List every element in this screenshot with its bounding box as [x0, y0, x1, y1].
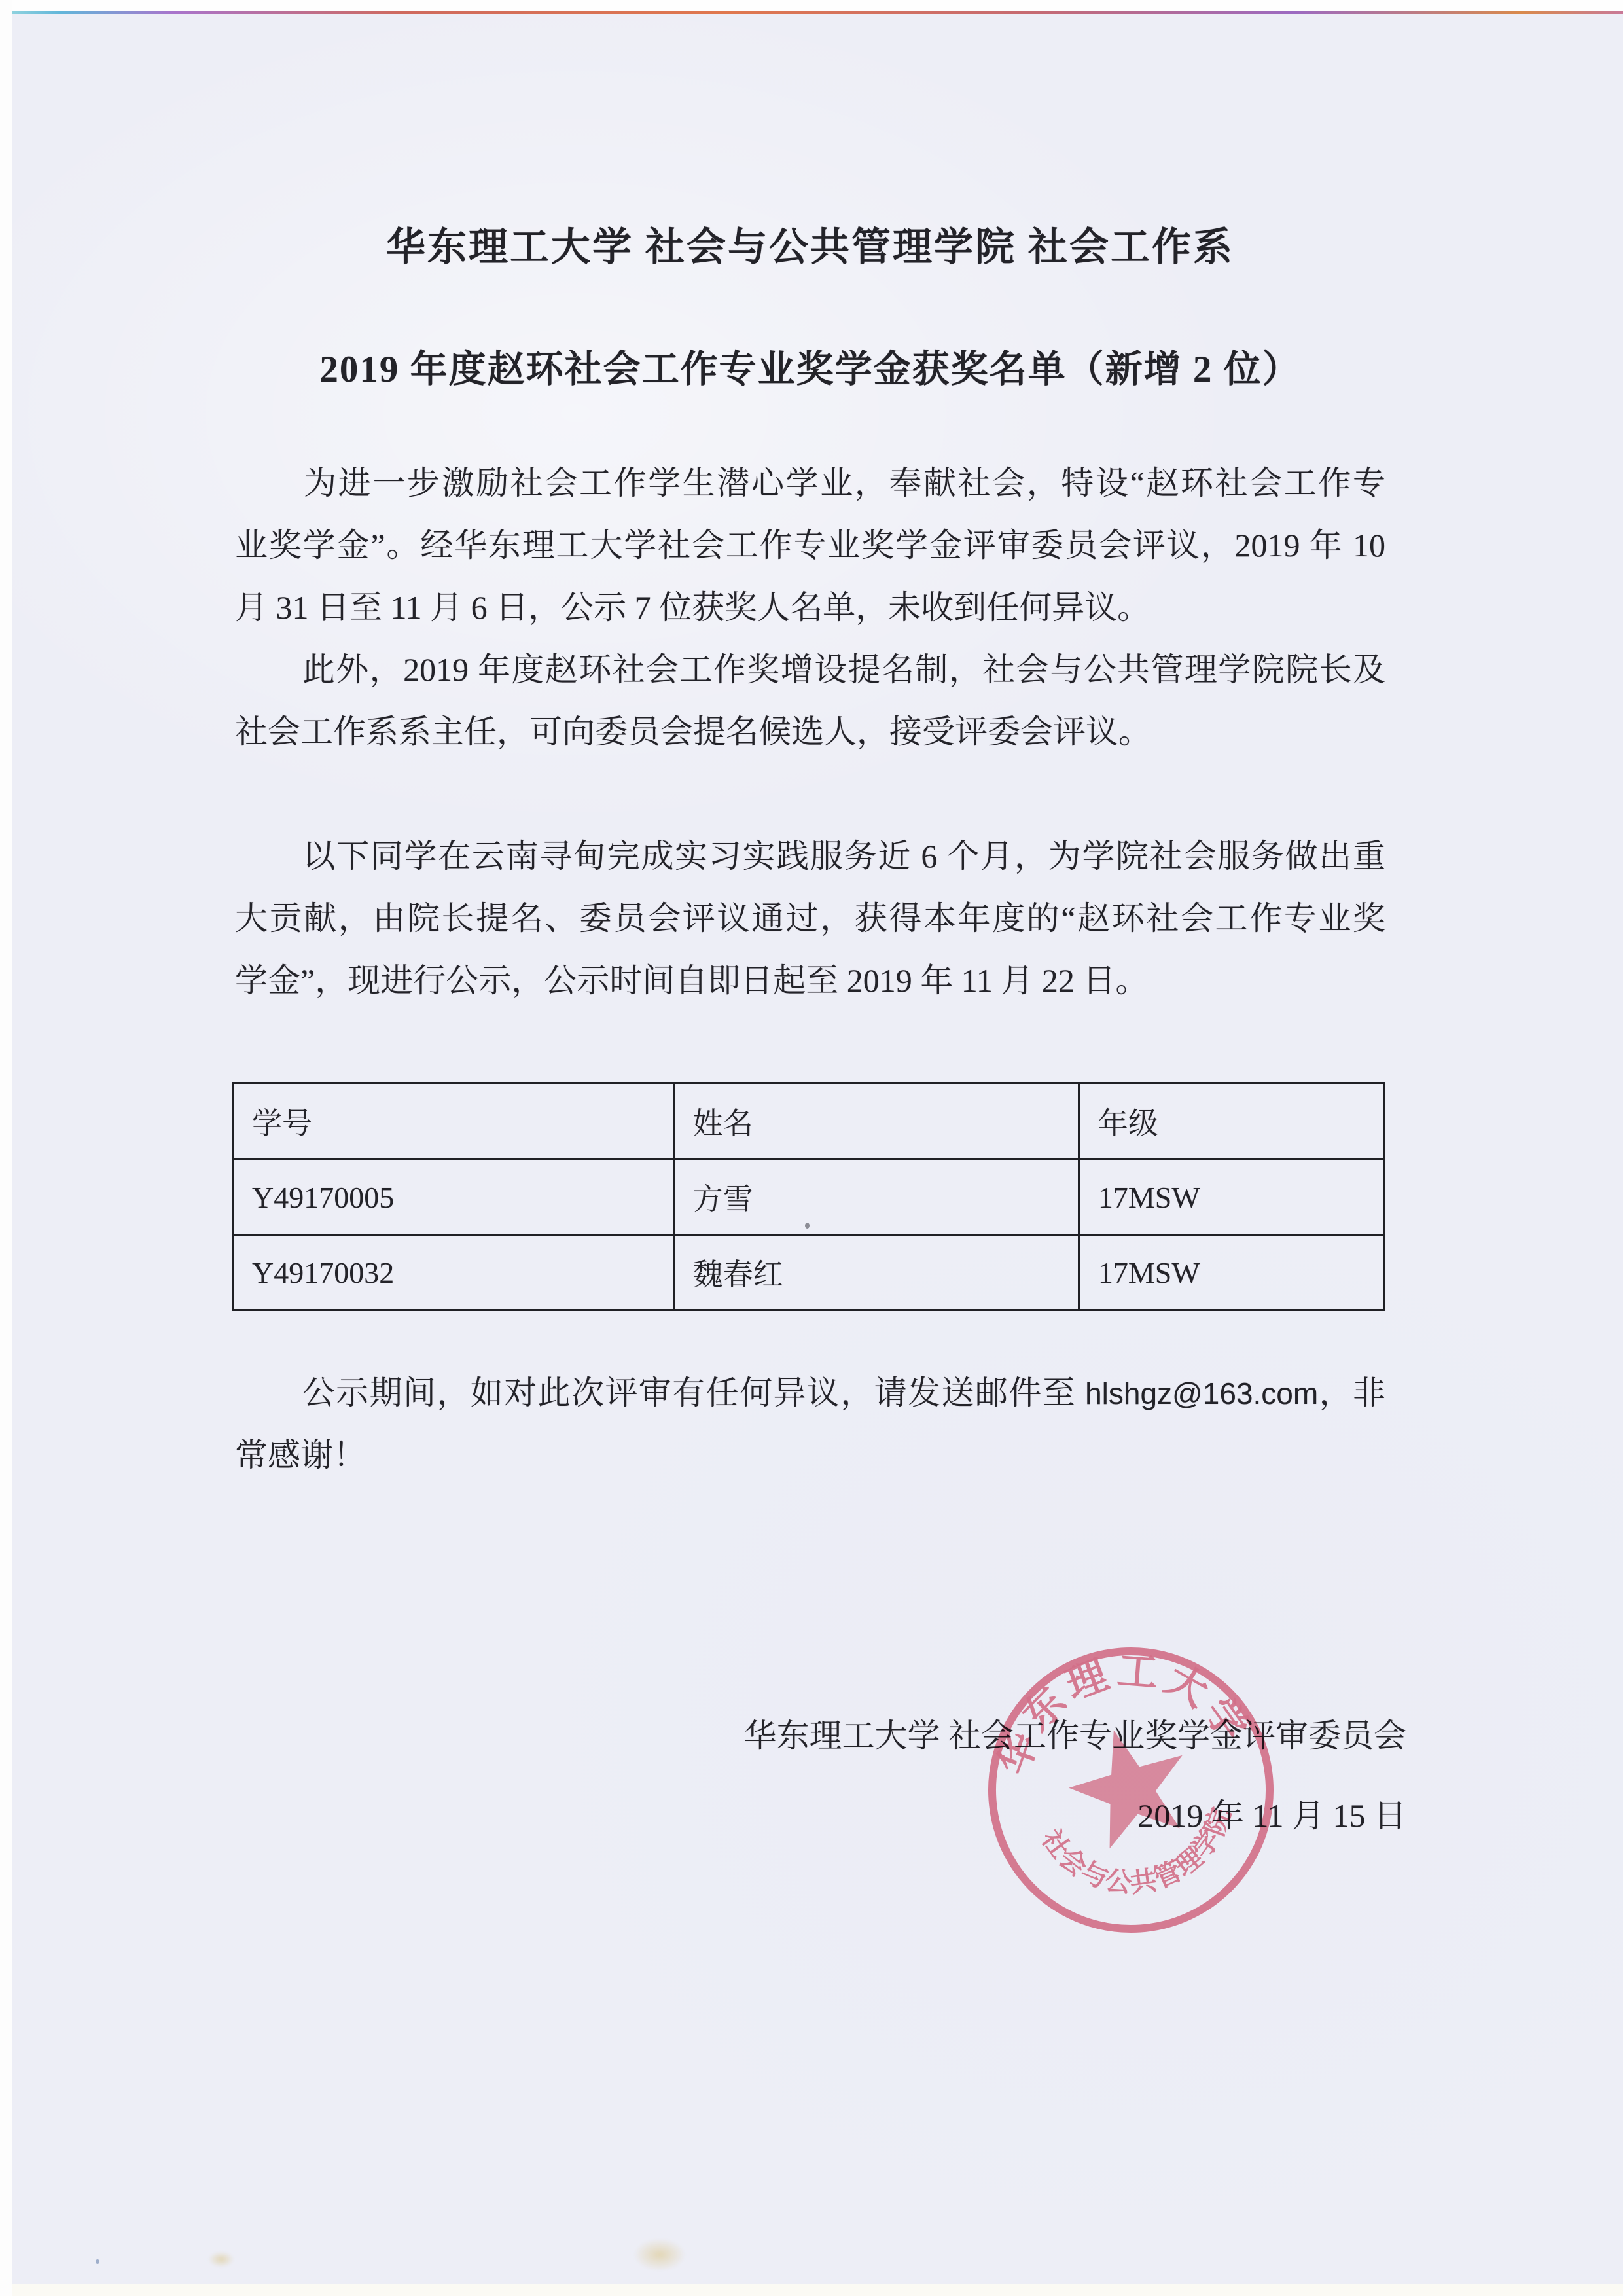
paragraph2-line1: 此外，2019 年度赵环社会工作奖增设提名制，社会与公共管理学院院长及 — [235, 653, 1385, 686]
paragraph2-line2: 社会工作系系主任，可向委员会提名候选人，接受评委会评议。 — [235, 715, 1385, 748]
paragraph4-text-before-email: 公示期间，如对此次评审有任何异议，请发送邮件至 — [235, 1374, 1085, 1411]
scan-speck — [96, 2259, 99, 2264]
awardees-table: 学号 姓名 年级 Y49170005 方雪 17MSW Y49170032 魏春… — [232, 1082, 1385, 1311]
red-seal: 华东理工大学 社会与公共管理学院 — [959, 1619, 1302, 1962]
document-subtitle: 2019 年度赵环社会工作专业奖学金获奖名单（新增 2 位） — [235, 351, 1385, 388]
paragraph3-line1: 以下同学在云南寻甸完成实习实践服务近 6 个月，为学院社会服务做出重 — [235, 840, 1385, 872]
table-header-row: 学号 姓名 年级 — [233, 1083, 1384, 1160]
seal-star-icon — [1057, 1714, 1202, 1855]
scan-speck — [805, 1223, 810, 1229]
paragraph4-text-after-email: ，非 — [1318, 1374, 1385, 1411]
paragraph1-line3: 月 31 日至 11 月 6 日，公示 7 位获奖人名单，未收到任何异议。 — [235, 591, 1385, 624]
table-row: Y49170032 魏春红 17MSW — [233, 1235, 1384, 1310]
paragraph3-line2: 大贡献，由院长提名、委员会评议通过，获得本年度的“赵环社会工作专业奖 — [235, 902, 1385, 935]
cell-grade: 17MSW — [1079, 1235, 1383, 1310]
cell-grade: 17MSW — [1079, 1160, 1383, 1235]
header-grade: 年级 — [1079, 1083, 1383, 1160]
paragraph1-line1: 为进一步激励社会工作学生潜心学业，奉献社会，特设“赵环社会工作专 — [235, 467, 1385, 499]
document-title: 华东理工大学 社会与公共管理学院 社会工作系 — [235, 228, 1385, 267]
scanned-document-page: 华东理工大学 社会与公共管理学院 社会工作系 2019 年度赵环社会工作专业奖学… — [0, 0, 1623, 2296]
cell-name: 方雪 — [673, 1160, 1079, 1235]
scan-stain — [208, 2251, 234, 2267]
scan-stain — [633, 2238, 686, 2271]
scan-edge-bottom — [12, 2284, 1623, 2296]
cell-student-id: Y49170032 — [233, 1235, 674, 1310]
header-name: 姓名 — [673, 1083, 1079, 1160]
cell-student-id: Y49170005 — [233, 1160, 674, 1235]
scan-edge-color-line — [12, 11, 1623, 14]
paragraph4-line2: 常感谢！ — [235, 1439, 1385, 1471]
paragraph4-line1: 公示期间，如对此次评审有任何异议，请发送邮件至 hlshgz@163.com，非 — [235, 1376, 1385, 1409]
scan-edge-top — [12, 0, 1623, 11]
paragraph3-line3: 学金”，现进行公示，公示时间自即日起至 2019 年 11 月 22 日。 — [235, 964, 1385, 997]
email-text: hlshgz@163.com — [1085, 1376, 1318, 1410]
cell-name: 魏春红 — [673, 1235, 1079, 1310]
seal-bottom-text: 社会与公共管理学院 — [1034, 1800, 1246, 1910]
paragraph1-line2: 业奖学金”。经华东理工大学社会工作专业奖学金评审委员会评议，2019 年 10 — [235, 529, 1385, 562]
header-student-id: 学号 — [233, 1083, 674, 1160]
